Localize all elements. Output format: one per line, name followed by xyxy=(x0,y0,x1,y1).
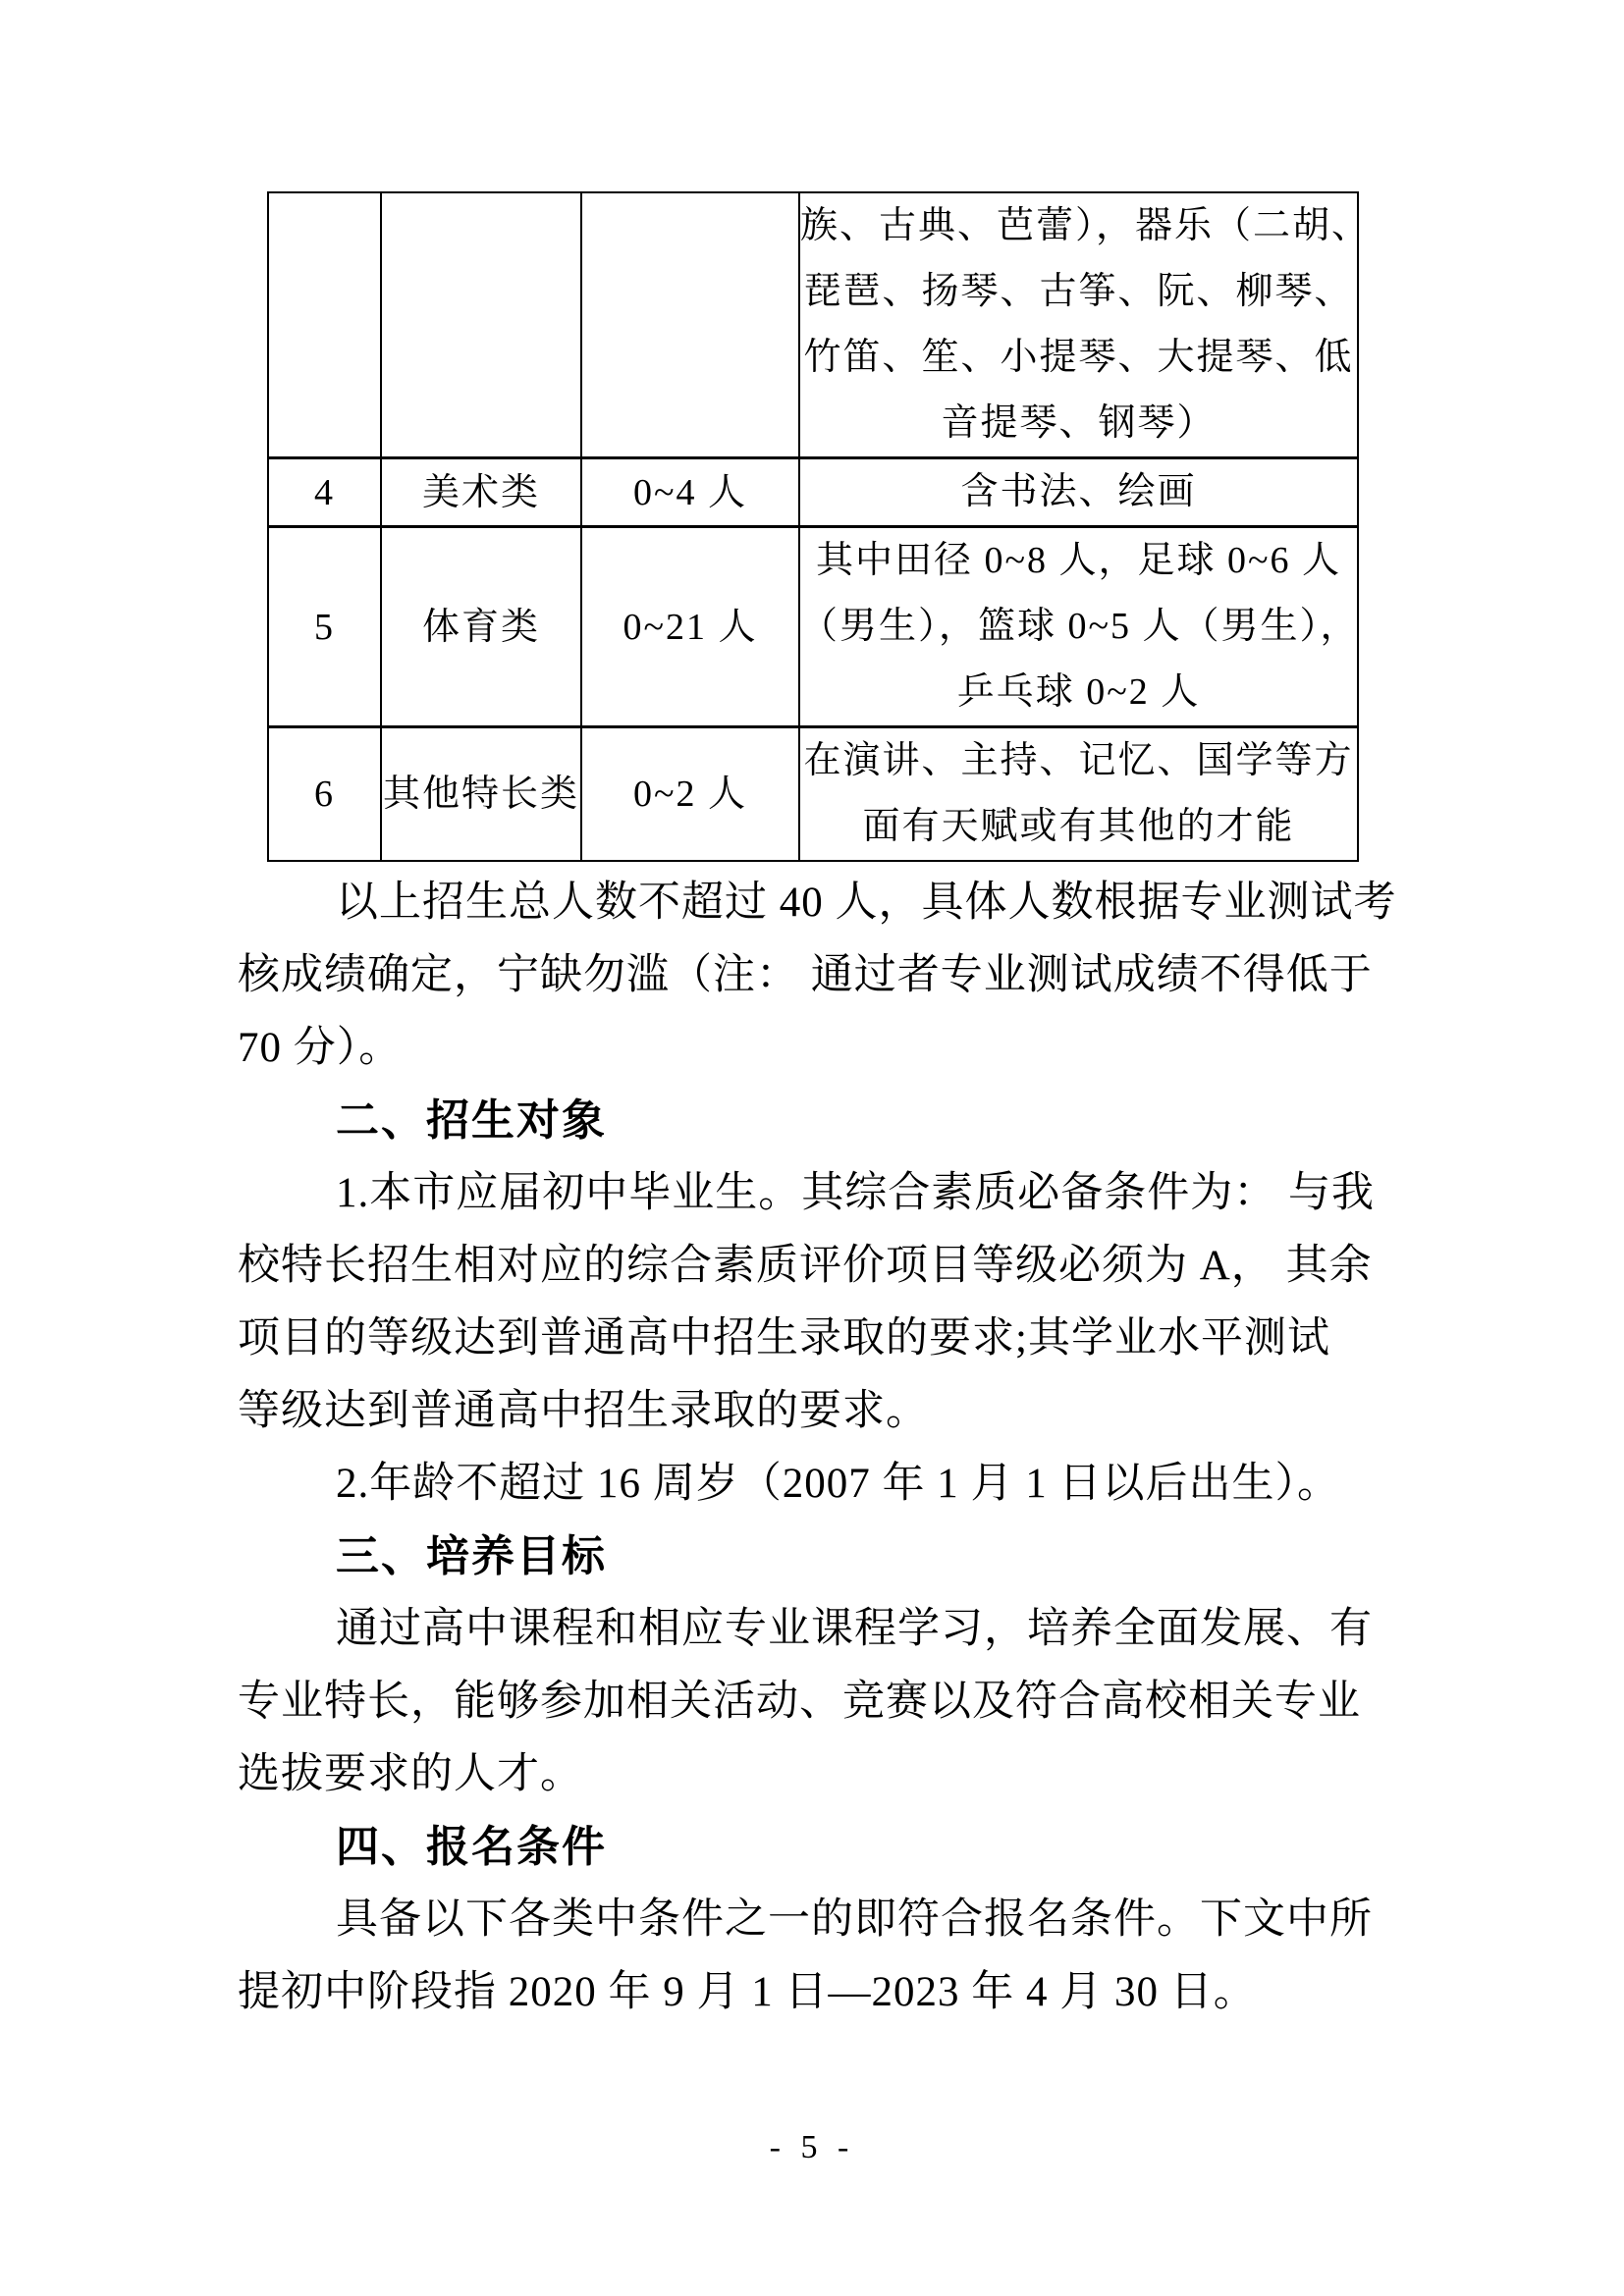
category-cell: 体育类 xyxy=(381,527,581,727)
page-number: - 5 - xyxy=(0,2120,1624,2175)
paragraph-eligibility-1: 1.本市应届初中毕业生。其综合素质必备条件为： 与我校特长招生相对应的综合素质评… xyxy=(238,1157,1388,1448)
text-line: 含书法、绘画 xyxy=(800,459,1357,525)
text-line: 其中田径 0~8 人，足球 0~6 人 xyxy=(800,528,1357,594)
text-line: 以上招生总人数不超过 40 人，具体人数根据专业测试考 xyxy=(238,867,1388,939)
paragraph-training-goal: 通过高中课程和相应专业课程学习，培养全面发展、有专业特长，能够参加相关活动、竞赛… xyxy=(238,1593,1388,1811)
text-line: 面有天赋或有其他的才能 xyxy=(800,794,1357,860)
paragraph-eligibility-2-age: 2.年龄不超过 16 周岁（2007 年 1 月 1 日以后出生）。 xyxy=(238,1448,1388,1521)
text-line: 在演讲、主持、记忆、国学等方 xyxy=(800,728,1357,794)
paragraph-application-requirements: 具备以下各类中条件之一的即符合报名条件。下文中所提初中阶段指 2020 年 9 … xyxy=(238,1884,1388,2029)
category-cell xyxy=(381,192,581,458)
enrollment-quota-table: 族、古典、芭蕾），器乐（二胡、琵琶、扬琴、古筝、阮、柳琴、竹笛、笙、小提琴、大提… xyxy=(267,191,1359,862)
paragraph-total-quota: 以上招生总人数不超过 40 人，具体人数根据专业测试考核成绩确定，宁缺勿滥（注：… xyxy=(238,867,1388,1085)
text-line: 具备以下各类中条件之一的即符合报名条件。下文中所 xyxy=(238,1884,1388,1956)
text-line: 通过高中课程和相应专业课程学习，培养全面发展、有 xyxy=(238,1593,1388,1666)
table-row-art: 4 美术类 0~4 人 含书法、绘画 xyxy=(268,458,1358,527)
table-row-sports: 5 体育类 0~21 人 其中田径 0~8 人，足球 0~6 人（男生），篮球 … xyxy=(268,527,1358,727)
table-row-other-talents: 6 其他特长类 0~2 人 在演讲、主持、记忆、国学等方面有天赋或有其他的才能 xyxy=(268,727,1358,862)
row-number-cell: 4 xyxy=(268,458,381,527)
document-body: 以上招生总人数不超过 40 人，具体人数根据专业测试考核成绩确定，宁缺勿滥（注：… xyxy=(238,867,1388,2029)
quota-cell xyxy=(581,192,799,458)
text-line: 1.本市应届初中毕业生。其综合素质必备条件为： 与我 xyxy=(238,1157,1388,1230)
text-line: 专业特长，能够参加相关活动、竞赛以及符合高校相关专业 xyxy=(238,1666,1388,1738)
quota-cell: 0~21 人 xyxy=(581,527,799,727)
document-page: 族、古典、芭蕾），器乐（二胡、琵琶、扬琴、古筝、阮、柳琴、竹笛、笙、小提琴、大提… xyxy=(0,0,1624,2296)
row-number-cell: 6 xyxy=(268,727,381,862)
text-line: 提初中阶段指 2020 年 9 月 1 日—2023 年 4 月 30 日。 xyxy=(238,1956,1388,2029)
heading-section-3-training-goal: 三、培养目标 xyxy=(238,1521,1388,1593)
text-line: 音提琴、钢琴） xyxy=(800,391,1357,456)
text-line: 等级达到普通高中招生录取的要求。 xyxy=(238,1375,1388,1448)
text-line: （男生），篮球 0~5 人（男生）， xyxy=(800,594,1357,660)
text-line: 2.年龄不超过 16 周岁（2007 年 1 月 1 日以后出生）。 xyxy=(238,1448,1388,1521)
description-cell: 含书法、绘画 xyxy=(799,458,1358,527)
table-row-music-continued: 族、古典、芭蕾），器乐（二胡、琵琶、扬琴、古筝、阮、柳琴、竹笛、笙、小提琴、大提… xyxy=(268,192,1358,458)
description-cell: 在演讲、主持、记忆、国学等方面有天赋或有其他的才能 xyxy=(799,727,1358,862)
quota-cell: 0~4 人 xyxy=(581,458,799,527)
text-line: 核成绩确定，宁缺勿滥（注： 通过者专业测试成绩不得低于 xyxy=(238,939,1388,1012)
row-number-cell: 5 xyxy=(268,527,381,727)
text-line: 70 分）。 xyxy=(238,1012,1388,1085)
row-number-cell xyxy=(268,192,381,458)
text-line: 乒乓球 0~2 人 xyxy=(800,660,1357,725)
description-cell: 其中田径 0~8 人，足球 0~6 人（男生），篮球 0~5 人（男生），乒乓球… xyxy=(799,527,1358,727)
text-line: 琵琶、扬琴、古筝、阮、柳琴、 xyxy=(800,259,1357,325)
text-line: 竹笛、笙、小提琴、大提琴、低 xyxy=(800,325,1357,391)
heading-section-4-application: 四、报名条件 xyxy=(238,1811,1388,1884)
text-line: 选拔要求的人才。 xyxy=(238,1738,1388,1811)
text-line: 校特长招生相对应的综合素质评价项目等级必须为 A， 其余 xyxy=(238,1230,1388,1303)
text-line: 项目的等级达到普通高中招生录取的要求;其学业水平测试 xyxy=(238,1303,1388,1375)
category-cell: 美术类 xyxy=(381,458,581,527)
heading-section-2-enrollment-target: 二、招生对象 xyxy=(238,1085,1388,1157)
quota-cell: 0~2 人 xyxy=(581,727,799,862)
text-line: 族、古典、芭蕾），器乐（二胡、 xyxy=(800,193,1357,259)
description-cell: 族、古典、芭蕾），器乐（二胡、琵琶、扬琴、古筝、阮、柳琴、竹笛、笙、小提琴、大提… xyxy=(799,192,1358,458)
category-cell: 其他特长类 xyxy=(381,727,581,862)
